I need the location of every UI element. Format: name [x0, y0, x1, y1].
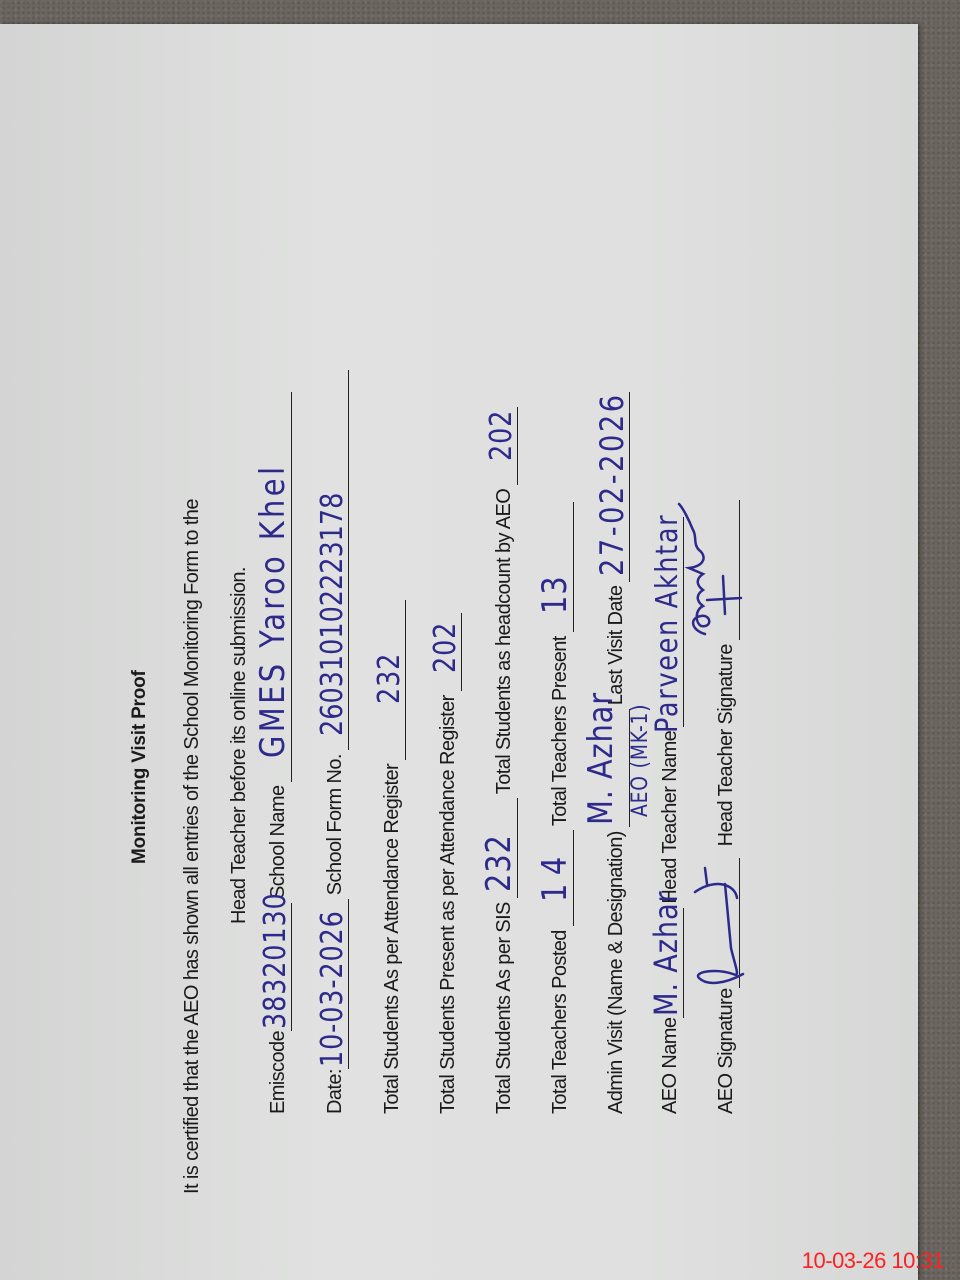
teachers-present-value: 13 — [535, 576, 575, 614]
aeo-signature-scribble — [685, 858, 745, 988]
students-present-label: Total Students Present as per Attendance… — [437, 695, 462, 1114]
monitoring-form: Monitoring Visit Proof It is certified t… — [115, 134, 875, 1194]
aeo-name-label: AEO Name — [659, 1018, 684, 1114]
camera-timestamp: 10-03-26 10:31 — [802, 1248, 944, 1274]
teachers-present-field: 13 — [535, 502, 574, 632]
row-emiscode-school: Emiscode 38320130 School Name GMES Yaroo… — [253, 388, 292, 1114]
emiscode-field: 38320130 — [253, 903, 292, 1031]
head-teacher-name-label: Head Teacher Name — [659, 731, 684, 904]
admin-visit-label: Admin Visit (Name & Designation) — [605, 831, 630, 1114]
students-headcount-value: 202 — [484, 410, 519, 461]
students-attendance-label: Total Students As per Attendance Registe… — [381, 764, 406, 1114]
head-teacher-signature-scribble — [675, 500, 745, 640]
teachers-posted-label: Total Teachers Posted — [549, 930, 574, 1114]
aeo-signature-field — [701, 858, 740, 988]
row-teachers: Total Teachers Posted 14 Total Teachers … — [535, 498, 574, 1114]
school-name-value: GMES Yaroo Khel — [253, 463, 293, 757]
date-label: Date: — [324, 1069, 349, 1114]
students-sis-value: 232 — [479, 834, 519, 892]
school-name-label: School Name — [267, 786, 292, 899]
last-visit-date-field: 27-02-2026 — [591, 392, 630, 582]
emiscode-value: 38320130 — [258, 892, 293, 1029]
students-sis-label: Total Students As per SIS — [493, 902, 518, 1114]
teachers-posted-value: 14 — [535, 848, 575, 902]
students-headcount-label: Total Students as headcount by AEO — [493, 489, 518, 794]
teachers-posted-field: 14 — [535, 830, 574, 926]
aeo-name-value: M. Azhar — [647, 890, 685, 1016]
last-visit-date-label: Last Visit Date — [605, 586, 630, 706]
row-students-present: Total Students Present as per Attendance… — [423, 609, 462, 1114]
form-title: Monitoring Visit Proof — [129, 670, 151, 864]
teachers-present-label: Total Teachers Present — [549, 636, 574, 826]
admin-visit-field: M. Azhar AEO (MK-1) — [591, 709, 630, 827]
students-attendance-field: 232 — [367, 600, 406, 760]
emiscode-label: Emiscode — [267, 1031, 292, 1114]
school-name-field: GMES Yaroo Khel — [253, 392, 292, 782]
school-form-no-value: 260310102223178 — [315, 493, 350, 736]
row-students-sis-headcount: Total Students As per SIS 232 Total Stud… — [479, 403, 518, 1114]
aeo-signature-label: AEO Signature — [715, 988, 740, 1114]
row-students-attendance: Total Students As per Attendance Registe… — [367, 596, 406, 1114]
school-form-no-label: School Form No. — [324, 754, 349, 895]
date-value: 10-03-2026 — [315, 910, 350, 1067]
certification-text-line-2: Head Teacher before its online submissio… — [228, 567, 251, 924]
row-signatures: AEO Signature Head Teacher Signature — [701, 496, 740, 1114]
paper-sheet: Monitoring Visit Proof It is certified t… — [0, 24, 918, 1280]
school-form-no-field: 260310102223178 — [310, 370, 349, 750]
admin-visit-value: M. Azhar — [581, 692, 621, 825]
last-visit-date-value: 27-02-2026 — [593, 392, 631, 576]
certification-text-line-1: It is certified that the AEO has shown a… — [181, 499, 204, 1194]
head-teacher-signature-label: Head Teacher Signature — [715, 644, 740, 846]
date-field: 10-03-2026 — [310, 899, 349, 1069]
row-date-formno: Date: 10-03-2026 School Form No. 2603101… — [310, 366, 349, 1114]
row-admin-visit: Admin Visit (Name & Designation) M. Azha… — [591, 388, 630, 1114]
students-present-value: 202 — [428, 622, 463, 673]
students-attendance-value: 232 — [372, 653, 407, 704]
head-teacher-signature-field — [701, 500, 740, 640]
students-headcount-field: 202 — [479, 407, 518, 485]
aeo-name-field: M. Azhar — [645, 908, 684, 1018]
students-sis-field: 232 — [479, 798, 518, 898]
students-present-field: 202 — [423, 613, 462, 691]
